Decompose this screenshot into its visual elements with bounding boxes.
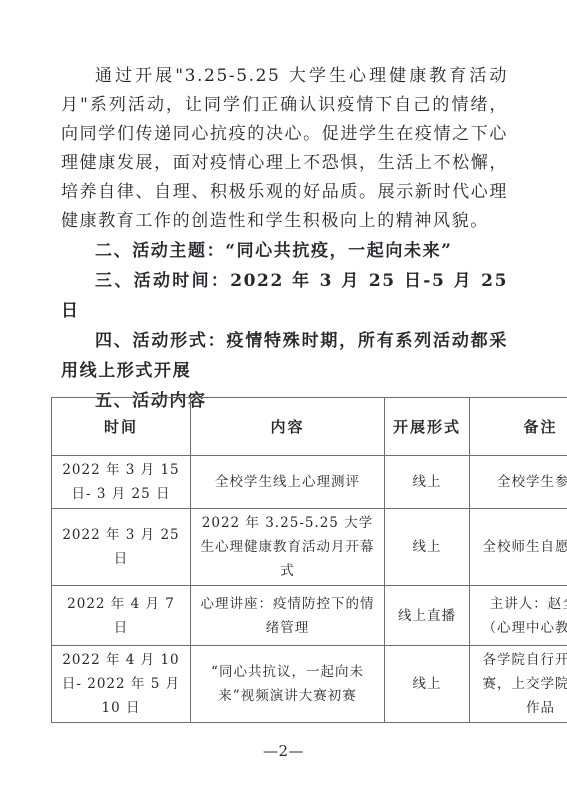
cell-note: 各学院自行开展初赛，上交学院优秀作品 xyxy=(470,646,567,723)
cell-time: 2022 年 3 月 25 日 xyxy=(52,509,191,586)
cell-note: 全校学生参加 xyxy=(470,456,567,509)
cell-form: 线上 xyxy=(385,646,470,723)
cell-time: 2022 年 4 月 7 日 xyxy=(52,586,191,646)
table-header-row: 时间 内容 开展形式 备注 xyxy=(52,398,567,456)
table-row: 2022 年 3 月 25 日 2022 年 3.25-5.25 大学生心理健康… xyxy=(52,509,567,586)
table-row: 2022 年 4 月 7 日 心理讲座：疫情防控下的情绪管理 线上直播 主讲人：… xyxy=(52,586,567,646)
table-header-content: 内容 xyxy=(191,398,385,456)
activity-schedule-table: 时间 内容 开展形式 备注 2022 年 3 月 15 日- 3 月 25 日 … xyxy=(51,397,567,723)
table-header-form: 开展形式 xyxy=(385,398,470,456)
document-page: 通过开展"3.25-5.25 大学生心理健康教育活动月"系列活动，让同学们正确认… xyxy=(0,0,567,802)
cell-time: 2022 年 3 月 15 日- 3 月 25 日 xyxy=(52,456,191,509)
table-header-time: 时间 xyxy=(52,398,191,456)
heading-activity-time: 三、活动时间：2022 年 3 月 25 日-5 月 25 日 xyxy=(61,266,508,326)
heading-activity-form: 四、活动形式：疫情特殊时期，所有系列活动都采用线上形式开展 xyxy=(61,326,508,386)
cell-form: 线上直播 xyxy=(385,586,470,646)
heading-activity-theme: 二、活动主题：“同心共抗疫，一起向未来” xyxy=(61,236,508,266)
cell-form: 线上 xyxy=(385,456,470,509)
intro-paragraph: 通过开展"3.25-5.25 大学生心理健康教育活动月"系列活动，让同学们正确认… xyxy=(61,62,508,236)
document-body: 通过开展"3.25-5.25 大学生心理健康教育活动月"系列活动，让同学们正确认… xyxy=(61,62,508,416)
cell-content: 2022 年 3.25-5.25 大学生心理健康教育活动月开幕式 xyxy=(191,509,385,586)
cell-time: 2022 年 4 月 10 日- 2022 年 5 月 10 日 xyxy=(52,646,191,723)
cell-note: 主讲人：赵全宇 （心理中心教师） xyxy=(470,586,567,646)
cell-note: 全校师生自愿参加 xyxy=(470,509,567,586)
table-header-note: 备注 xyxy=(470,398,567,456)
table-row: 2022 年 4 月 10 日- 2022 年 5 月 10 日 “同心共抗议，… xyxy=(52,646,567,723)
page-number: —2— xyxy=(0,742,567,760)
cell-content: “同心共抗议，一起向未来”视频演讲大赛初赛 xyxy=(191,646,385,723)
cell-content: 全校学生线上心理测评 xyxy=(191,456,385,509)
table-row: 2022 年 3 月 15 日- 3 月 25 日 全校学生线上心理测评 线上 … xyxy=(52,456,567,509)
cell-form: 线上 xyxy=(385,509,470,586)
cell-content: 心理讲座：疫情防控下的情绪管理 xyxy=(191,586,385,646)
